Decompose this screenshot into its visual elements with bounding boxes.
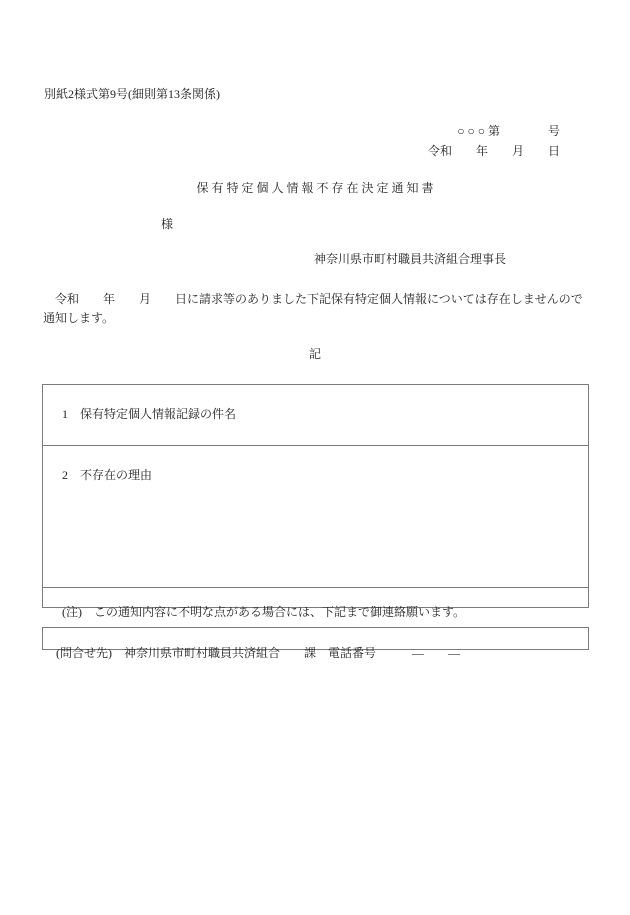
document-number-line: ○ ○ ○ 第 号: [428, 121, 560, 141]
record-heading: 記: [0, 345, 630, 362]
table-row-subject: 1 保有特定個人情報記録の件名: [43, 385, 588, 445]
document-page: { "document": { "form_id": "別紙2様式第9号(細則第…: [0, 0, 630, 915]
recipient-honorific: 様: [161, 215, 173, 232]
issue-date-line: 令和 年 月 日: [428, 141, 560, 161]
form-number: 別紙2様式第9号(細則第13条関係): [44, 85, 220, 102]
document-number-block: ○ ○ ○ 第 号 令和 年 月 日: [428, 121, 560, 161]
content-table: 1 保有特定個人情報記録の件名 2 不存在の理由 (注) この通知内容に不明な点…: [42, 384, 589, 608]
document-title: 保有特定個人情報不存在決定通知書: [0, 179, 630, 196]
table-row-note: (注) この通知内容に不明な点がある場合には、下記まで御連絡願います。: [43, 587, 588, 607]
table-row-reason-label: 2 不存在の理由: [62, 468, 152, 482]
issuer-name: 神奈川県市町村職員共済組合理事長: [314, 250, 506, 267]
body-text: 令和 年 月 日に請求等のありました下記保有特定個人情報については存在しませんの…: [43, 290, 591, 328]
table-row-reason: 2 不存在の理由: [43, 445, 588, 587]
table-row-subject-label: 1 保有特定個人情報記録の件名: [62, 407, 236, 421]
contact-box: (問合せ先) 神奈川県市町村職員共済組合 課 電話番号 ― ―: [42, 627, 589, 650]
table-row-note-label: (注) この通知内容に不明な点がある場合には、下記まで御連絡願います。: [62, 605, 465, 619]
contact-line: (問合せ先) 神奈川県市町村職員共済組合 課 電話番号 ― ―: [56, 646, 460, 660]
